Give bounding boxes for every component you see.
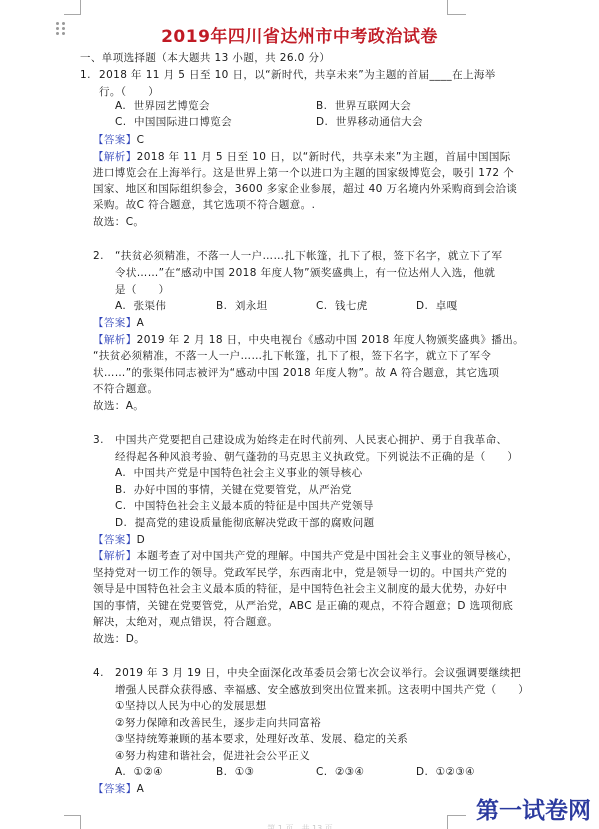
option-b: B. 刘永坦	[216, 299, 268, 313]
option-a: A. 中国共产党是中国特色社会主义事业的领导核心	[115, 466, 363, 480]
answer-line: 【答案】C	[93, 133, 144, 147]
watermark-logo: 第一试卷网	[476, 792, 591, 825]
page-footer: 第 1 页，共 13 页	[200, 822, 400, 829]
option-text: 钱七虎	[335, 300, 368, 312]
analysis-label: 【解析】	[93, 151, 137, 163]
analysis-text: 状……”的张渠伟同志被评为“感动中国 2018 年度人物”。故 A 符合题意，其…	[93, 366, 499, 380]
analysis-line: 【解析】2019 年 2 月 18 日，中央电视台《感动中国 2018 年度人物…	[93, 333, 524, 347]
option-d: D. 世界移动通信大会	[316, 115, 423, 129]
question-stem: 中国共产党要把自己建设成为始终走在时代前列、人民衷心拥护、勇于自我革命、	[115, 433, 507, 447]
statement-item: ①坚持以人民为中心的发展思想	[115, 699, 267, 713]
analysis-text: 本题考查了对中国共产党的理解。中国共产党是中国社会主义事业的领导核心，	[137, 550, 519, 562]
answer-line: 【答案】D	[93, 533, 145, 547]
page-corner-mark	[64, 815, 81, 829]
conclusion: 故选：D。	[93, 632, 145, 646]
option-key: C.	[316, 766, 327, 778]
answer-value: A	[137, 783, 145, 795]
question-number: 1.	[80, 68, 91, 82]
option-text: 世界园艺博览会	[134, 100, 210, 112]
option-key: C.	[115, 500, 126, 512]
question-number: 3.	[93, 433, 104, 447]
option-key: D.	[316, 116, 328, 128]
analysis-text: 领导是中国特色社会主义最本质的特征，是中国特色社会主义制度的最大优势，办好中	[93, 582, 507, 596]
option-text: 中国共产党是中国特色社会主义事业的领导核心	[134, 467, 363, 479]
analysis-text: 国的事情，关键在党要管党，从严治党，ABC 是正确的观点，不符合题意；D 选项彻…	[93, 599, 513, 613]
conclusion: 故选：A。	[93, 399, 144, 413]
question-stem: “扶贫必须精准，不落一人一户……扎下帐篷，扎下了根，签下名字，就立下了军	[115, 249, 502, 263]
question-stem: 令状……”在“感动中国 2018 年度人物”颁奖盛典上，有一位达州人入选，他就	[115, 266, 495, 280]
question-stem: 增强人民群众获得感、幸福感、安全感放到突出位置来抓。这表明中国共产党（ ）	[115, 683, 529, 697]
option-key: D.	[115, 517, 127, 529]
option-text: 卓嘎	[436, 300, 458, 312]
option-c: C. 钱七虎	[316, 299, 368, 313]
page-corner-mark	[447, 815, 466, 829]
page-title: 2019年四川省达州市中考政治试卷	[0, 22, 599, 47]
option-text: 中国特色社会主义最本质的特征是中国共产党领导	[134, 500, 374, 512]
analysis-text: 2018 年 11 月 5 日至 10 日，以“新时代，共享未来”为主题，首届中…	[137, 151, 511, 163]
option-key: C.	[316, 300, 327, 312]
analysis-label: 【解析】	[93, 334, 137, 346]
option-text: 世界互联网大会	[335, 100, 411, 112]
analysis-text: “扶贫必须精准，不落一人一户……扎下帐篷，扎下了根，签下名字，就立下了军令	[93, 349, 491, 363]
option-c: C. ②③④	[316, 765, 364, 779]
answer-label: 【答案】	[93, 317, 137, 329]
option-c: C. 中国特色社会主义最本质的特征是中国共产党领导	[115, 499, 374, 513]
option-text: ①②④	[134, 766, 163, 778]
answer-label: 【答案】	[93, 534, 137, 546]
option-d: D. 提高党的建设质量能彻底解决党政干部的腐败问题	[115, 516, 375, 530]
answer-value: A	[137, 317, 145, 329]
option-a: A. 世界园艺博览会	[115, 99, 210, 113]
option-d: D. 卓嘎	[416, 299, 458, 313]
question-number: 4.	[93, 666, 104, 680]
option-b: B. 办好中国的事情，关键在党要管党，从严治党	[115, 483, 352, 497]
option-text: ②③④	[335, 766, 364, 778]
option-b: B. ①③	[216, 765, 254, 779]
section-header: 一、单项选择题（本大题共 13 小题，共 26.0 分）	[80, 51, 330, 65]
option-key: B.	[216, 300, 227, 312]
option-text: 刘永坦	[235, 300, 268, 312]
option-c: C. 中国国际进口博览会	[115, 115, 232, 129]
option-key: D.	[416, 766, 428, 778]
option-text: ①③	[235, 766, 255, 778]
analysis-text: 进口博览会在上海举行。这是世界上第一个以进口为主题的国家级博览会，吸引 172 …	[93, 166, 514, 180]
analysis-line: 【解析】本题考查了对中国共产党的理解。中国共产党是中国社会主义事业的领导核心，	[93, 549, 518, 563]
analysis-line: 【解析】2018 年 11 月 5 日至 10 日，以“新时代，共享未来”为主题…	[93, 150, 511, 164]
conclusion: 故选：C。	[93, 215, 144, 229]
answer-label: 【答案】	[93, 783, 137, 795]
question-stem: 2018 年 11 月 5 日至 10 日，以“新时代，共享未来”为主题的首届_…	[99, 68, 496, 82]
option-b: B. 世界互联网大会	[316, 99, 411, 113]
answer-line: 【答案】A	[93, 316, 144, 330]
statement-item: ③坚持统筹兼顾的基本要求，处理好改革、发展、稳定的关系	[115, 732, 408, 746]
answer-value: D	[137, 534, 146, 546]
page-corner-mark	[64, 0, 81, 15]
option-text: 提高党的建设质量能彻底解决党政干部的腐败问题	[135, 517, 375, 529]
analysis-text: 采购。故C 符合题意，其它选项不符合题意。.	[93, 198, 315, 212]
statement-item: ④努力构建和谐社会，促进社会公平正义	[115, 749, 310, 763]
analysis-text: 2019 年 2 月 18 日，中央电视台《感动中国 2018 年度人物颁奖盛典…	[137, 334, 524, 346]
option-text: 办好中国的事情，关键在党要管党，从严治党	[134, 484, 352, 496]
question-stem: 行。（ ）	[99, 85, 159, 99]
answer-line: 【答案】A	[93, 782, 144, 796]
analysis-text: 不符合题意。	[93, 382, 158, 396]
analysis-label: 【解析】	[93, 550, 137, 562]
option-a: A. 张渠伟	[115, 299, 166, 313]
option-key: A.	[115, 467, 126, 479]
option-key: A.	[115, 100, 126, 112]
analysis-text: 国家、地区和国际组织参会，3600 多家企业参展，超过 40 万名境内外采购商到…	[93, 182, 517, 196]
page-corner-mark	[447, 0, 466, 15]
statement-item: ②努力保障和改善民生，逐步走向共同富裕	[115, 716, 321, 730]
answer-value: C	[137, 134, 145, 146]
option-key: B.	[216, 766, 227, 778]
option-key: A.	[115, 300, 126, 312]
question-stem: 2019 年 3 月 19 日，中央全面深化改革委员会第七次会议举行。会议强调要…	[115, 666, 521, 680]
question-number: 2.	[93, 249, 104, 263]
option-key: A.	[115, 766, 126, 778]
analysis-text: 解决，太绝对，观点错误，符合题意。	[93, 615, 278, 629]
question-stem: 是（ ）	[115, 283, 170, 297]
option-key: B.	[316, 100, 327, 112]
analysis-text: 坚持党对一切工作的领导。党政军民学，东西南北中，党是领导一切的。中国共产党的	[93, 566, 507, 580]
option-key: B.	[115, 484, 126, 496]
option-key: D.	[416, 300, 428, 312]
answer-label: 【答案】	[93, 134, 137, 146]
option-key: C.	[115, 116, 126, 128]
question-stem: 经得起各种风浪考验、朝气蓬勃的马克思主义执政党。下列说法不正确的是（ ）	[115, 450, 518, 464]
option-text: 中国国际进口博览会	[134, 116, 232, 128]
option-a: A. ①②④	[115, 765, 163, 779]
option-d: D. ①②③④	[416, 765, 475, 779]
option-text: 张渠伟	[134, 300, 167, 312]
option-text: ①②③④	[436, 766, 475, 778]
option-text: 世界移动通信大会	[336, 116, 423, 128]
